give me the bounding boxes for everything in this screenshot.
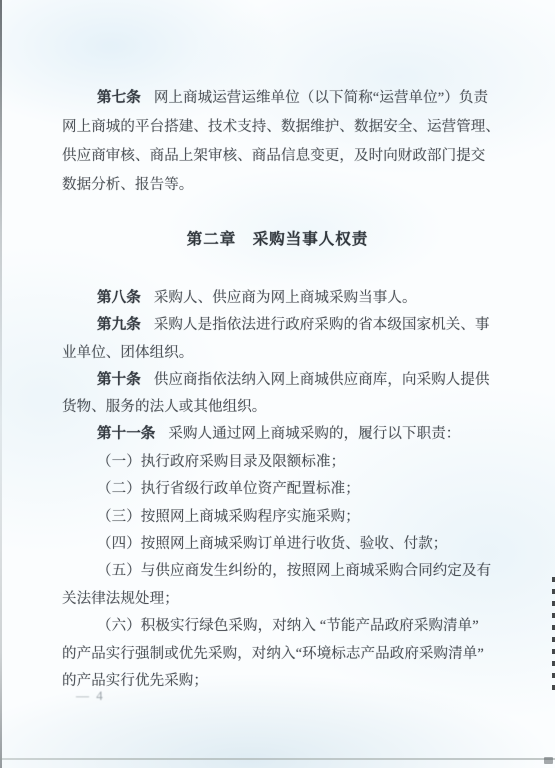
doc-line: 货物、服务的法人或其他组织。 (62, 395, 514, 416)
chapter-heading: 第二章 采购当事人权责 (0, 227, 555, 249)
line-text: （六）积极实行绿色采购，对纳入 “节能产品政府采购清单” (97, 618, 479, 634)
line-text: 业单位、团体组织。 (62, 345, 193, 361)
article-label: 第十条 (97, 372, 141, 388)
line-text: 关法律法规处理； (62, 591, 179, 607)
doc-line: 的产品实行强制或优先采购，对纳入“环境标志产品政府采购清单” (62, 642, 514, 663)
line-text: （一）执行政府采购目录及限额标准； (97, 454, 345, 470)
doc-line: 第八条采购人、供应商为网上商城采购当事人。 (62, 286, 549, 307)
line-text: 采购人、供应商为网上商城采购当事人。 (154, 290, 417, 306)
article-label: 第九条 (97, 317, 141, 333)
doc-line: 第十条供应商指依法纳入网上商城供应商库，向采购人提供 (62, 368, 549, 389)
doc-line: 供应商审核、商品上架审核、商品信息变更，及时向财政部门提交 (62, 144, 514, 165)
scanned-document-page: 第七条网上商城运营运维单位（以下简称“运营单位”）负责 网上商城的平台搭建、技术… (0, 0, 555, 768)
doc-line: 的产品实行优先采购； (62, 669, 514, 690)
line-text: 数据分析、报告等。 (62, 177, 193, 193)
doc-line: （四）按照网上商城采购订单进行收货、验收、付款； (62, 532, 549, 553)
doc-line: 第九条采购人是指依法进行政府采购的省本级国家机关、事 (62, 313, 549, 334)
article-label: 第七条 (97, 90, 141, 106)
article-label: 第十一条 (97, 426, 155, 442)
line-text: （五）与供应商发生纠纷的，按照网上商城采购合同约定及有 (97, 563, 491, 579)
doc-line: （三）按照网上商城采购程序实施采购； (62, 505, 549, 526)
line-text: 供应商审核、商品上架审核、商品信息变更，及时向财政部门提交 (62, 148, 485, 164)
doc-line: （六）积极实行绿色采购，对纳入 “节能产品政府采购清单” (62, 614, 549, 635)
page-number: — 4 (76, 688, 105, 704)
line-text: （四）按照网上商城采购订单进行收货、验收、付款； (97, 536, 447, 552)
doc-line: 第七条网上商城运营运维单位（以下简称“运营单位”）负责 (62, 86, 549, 107)
doc-line: 第十一条采购人通过网上商城采购的，履行以下职责： (62, 422, 549, 443)
doc-line: （一）执行政府采购目录及限额标准； (62, 450, 549, 471)
line-text: 的产品实行优先采购； (62, 673, 208, 689)
doc-line: 网上商城的平台搭建、技术支持、数据维护、数据安全、运营管理、 (62, 115, 514, 136)
doc-line: 业单位、团体组织。 (62, 341, 514, 362)
line-text: 采购人是指依法进行政府采购的省本级国家机关、事 (154, 317, 490, 333)
line-text: 网上商城运营运维单位（以下简称“运营单位”）负责 (154, 90, 488, 106)
article-label: 第八条 (97, 290, 141, 306)
doc-line: （五）与供应商发生纠纷的，按照网上商城采购合同约定及有 (62, 559, 549, 580)
doc-line: 数据分析、报告等。 (62, 173, 514, 194)
line-text: 采购人通过网上商城采购的，履行以下职责： (168, 426, 460, 442)
line-text: 的产品实行强制或优先采购，对纳入“环境标志产品政府采购清单” (62, 646, 484, 662)
line-text: （二）执行省级行政单位资产配置标准； (97, 481, 360, 497)
line-text: 供应商指依法纳入网上商城供应商库，向采购人提供 (154, 372, 490, 388)
scan-edge-left (0, 0, 2, 768)
line-text: 货物、服务的法人或其他组织。 (62, 399, 266, 415)
line-text: （三）按照网上商城采购程序实施采购； (97, 509, 360, 525)
doc-line: （二）执行省级行政单位资产配置标准； (62, 477, 549, 498)
line-text: 网上商城的平台搭建、技术支持、数据维护、数据安全、运营管理、 (62, 119, 500, 135)
scan-corner-speck (544, 757, 553, 764)
scan-edge-bottom (0, 758, 555, 760)
doc-line: 关法律法规处理； (62, 587, 514, 608)
